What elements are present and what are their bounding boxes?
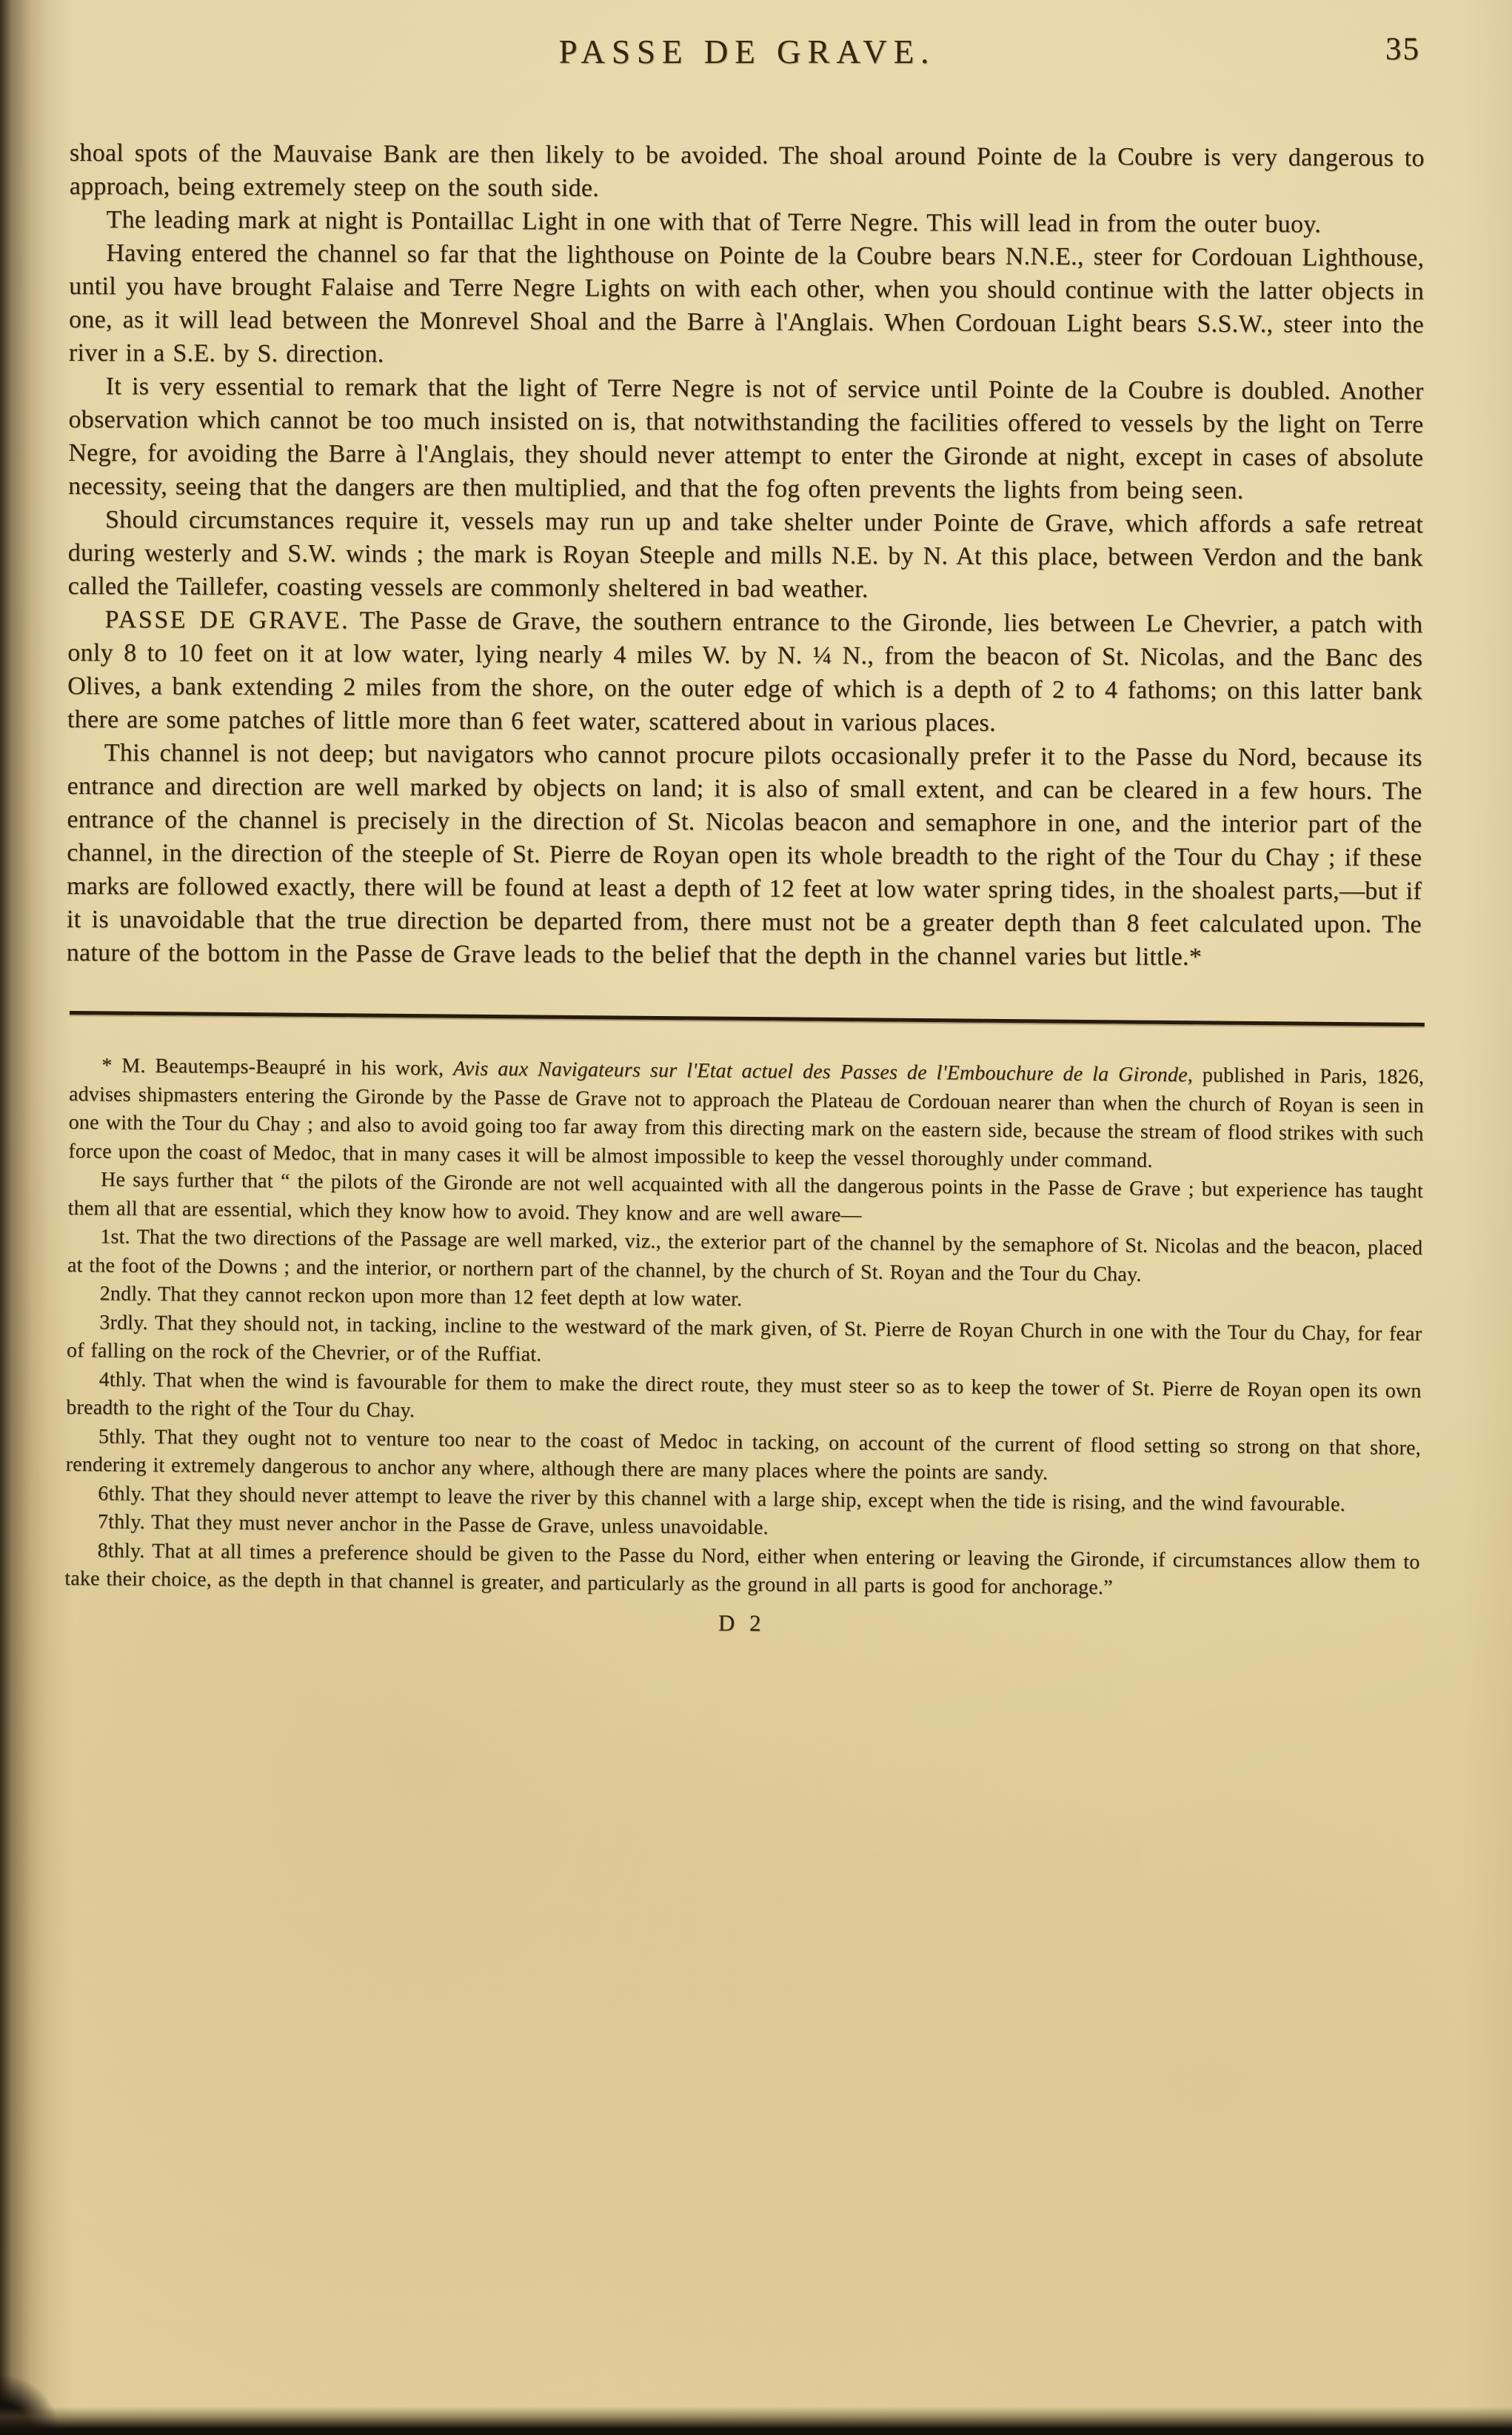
- page-content: PASSE DE GRAVE. 35 shoal spots of the Ma…: [0, 0, 1512, 1631]
- paragraph: The leading mark at night is Pontaillac …: [69, 203, 1424, 241]
- running-head: PASSE DE GRAVE.: [70, 33, 1425, 71]
- paragraph: This channel is not deep; but navigators…: [67, 736, 1422, 975]
- paragraph: PASSE DE GRAVE. The Passe de Grave, the …: [67, 603, 1423, 741]
- paragraph: shoal spots of the Mauvaise Bank are the…: [70, 136, 1425, 208]
- footnote-paragraph: * M. Beautemps-Beaupré in his work, Avis…: [68, 1052, 1424, 1178]
- section-heading: PASSE DE GRAVE.: [104, 606, 349, 634]
- footnote: * M. Beautemps-Beaupré in his work, Avis…: [64, 1052, 1424, 1605]
- main-text: shoal spots of the Mauvaise Bank are the…: [67, 136, 1425, 975]
- footnote-item: 8thly. That at all times a preference sh…: [64, 1536, 1420, 1605]
- scan-bottom-edge: [0, 2407, 1512, 2435]
- footnote-text: * M. Beautemps-Beaupré in his work,: [101, 1054, 453, 1080]
- page-header: PASSE DE GRAVE. 35: [70, 33, 1425, 90]
- book-page: PASSE DE GRAVE. 35 shoal spots of the Ma…: [0, 0, 1512, 2435]
- page-number: 35: [1385, 31, 1420, 67]
- paragraph: It is very essential to remark that the …: [68, 370, 1424, 508]
- paragraph: Having entered the channel so far that t…: [69, 236, 1425, 375]
- signature-mark: D 2: [64, 1603, 1419, 1642]
- footnote-rule: [70, 1011, 1425, 1026]
- bottom-left-corner-shadow: [0, 2354, 104, 2435]
- paragraph: Should circumstances require it, vessels…: [68, 503, 1424, 608]
- footnote-block: * M. Beautemps-Beaupré in his work, Avis…: [64, 1011, 1425, 1642]
- footnote-italic-title: Avis aux Navigateurs sur l'Etat actuel d…: [453, 1058, 1188, 1087]
